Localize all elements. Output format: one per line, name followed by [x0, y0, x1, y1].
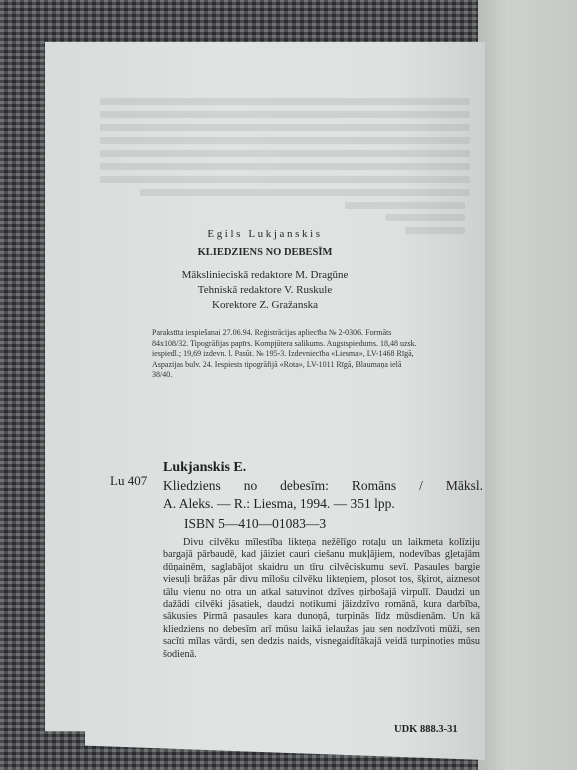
- isbn: ISBN 5—410—01083—3: [184, 516, 326, 532]
- title-page-author: Egils Lukjanskis: [45, 228, 485, 240]
- book-page: Egils Lukjanskis KLIEDZIENS NO DEBESĪM M…: [45, 42, 485, 760]
- udk-code: UDK 888.3-31: [394, 724, 458, 735]
- catalog-publication-line: A. Aleks. — R.: Liesma, 1994. — 351 lpp.: [163, 496, 395, 512]
- title-page-title: KLIEDZIENS NO DEBESĪM: [45, 247, 485, 258]
- imprint-block: Parakstīta iespiešanai 27.06.94. Reģistr…: [152, 328, 422, 381]
- annotation: Divu cilvēku mīlestība likteņa nežēlīgo …: [163, 537, 480, 661]
- catalog-author: Lukjanskis E.: [163, 460, 246, 476]
- facing-page: [478, 0, 577, 770]
- catalog-title-line: Kliedziens no debesīm: Romāns / Māksl.: [163, 478, 483, 494]
- credit-proofreader: Korektore Z. Gražanska: [45, 299, 485, 311]
- credit-technical-editor: Tehniskā redaktore V. Ruskule: [45, 284, 485, 296]
- credit-art-editor: Mākslinieciskā redaktore M. Dragūne: [45, 269, 485, 281]
- shelf-code: Lu 407: [110, 473, 147, 489]
